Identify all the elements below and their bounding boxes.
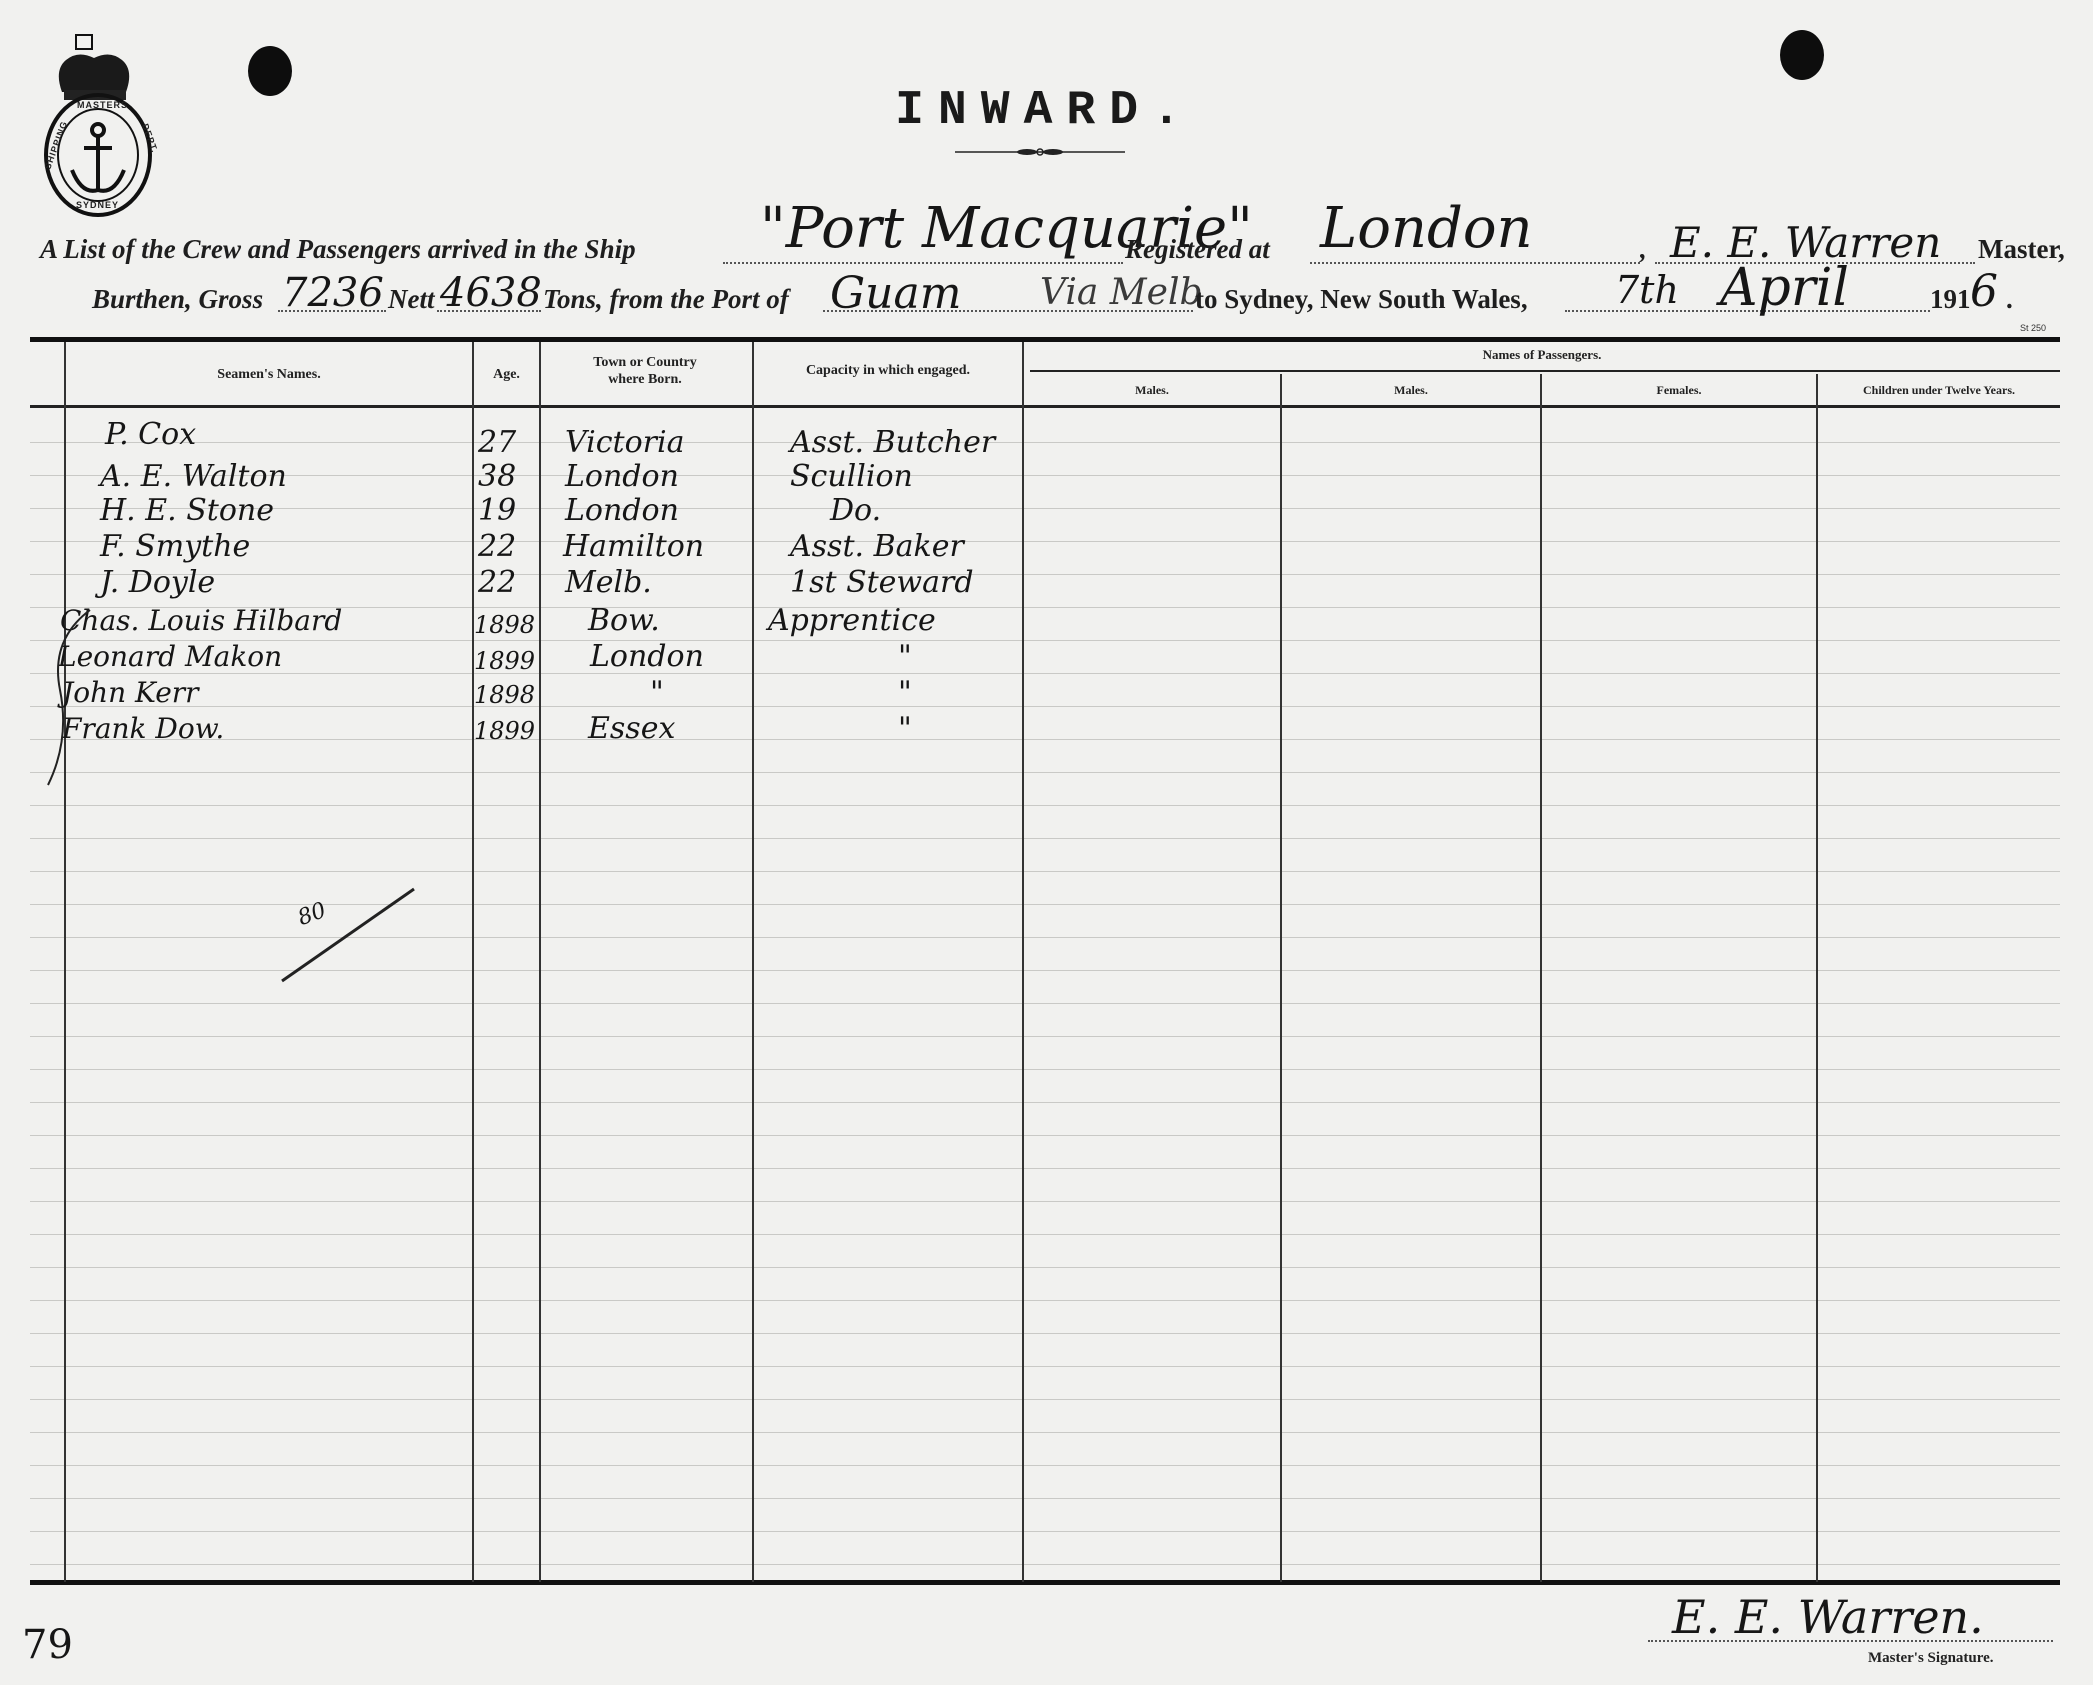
- table-top-rule: [30, 337, 2060, 342]
- column-divider-males-females: [1540, 374, 1542, 1582]
- seaman-name: J. Doyle: [100, 568, 215, 598]
- column-divider-capacity-passengers: [1022, 342, 1024, 1582]
- gross-tons-value: 7236: [282, 270, 384, 316]
- page-number: 79: [22, 1622, 73, 1668]
- seaman-capacity: Apprentice: [768, 606, 936, 636]
- registered-port-value: London: [1320, 196, 1533, 261]
- column-divider-names-age: [472, 342, 474, 1582]
- passenger-subheader-rule: [1030, 370, 2060, 372]
- seaman-name: Chas. Louis Hilbard: [60, 606, 342, 636]
- arrival-month-value: April: [1720, 258, 1849, 318]
- punch-hole-left: [248, 46, 292, 96]
- arrival-day-value: 7th: [1615, 268, 1679, 312]
- nett-label: Nett: [388, 284, 435, 315]
- column-header-children: Children under Twelve Years.: [1818, 382, 2060, 399]
- column-header-males-2: Males.: [1282, 382, 1540, 399]
- seaman-name: P. Cox: [105, 420, 196, 450]
- seaman-capacity: Asst. Baker: [790, 532, 964, 562]
- column-divider-females-children: [1816, 374, 1818, 1582]
- seaman-birthplace: Essex: [588, 714, 675, 744]
- seaman-birthplace: London: [565, 496, 679, 526]
- apprentice-bracket-flourish: [40, 600, 100, 790]
- svg-text:SYDNEY: SYDNEY: [76, 200, 119, 210]
- seaman-birthplace: Hamilton: [563, 532, 704, 562]
- seaman-birth-year: 1899: [474, 716, 535, 746]
- year-suffix-value: 6: [1970, 266, 1998, 317]
- seaman-age: 22: [478, 532, 516, 562]
- seaman-birthplace: London: [565, 462, 679, 492]
- seaman-birth-year: 1898: [474, 680, 535, 710]
- seaman-birthplace: Victoria: [565, 428, 684, 458]
- crown-icon: [59, 35, 129, 100]
- column-header-town-born: Town or Country where Born.: [585, 354, 705, 388]
- svg-text:MASTERS: MASTERS: [77, 100, 128, 110]
- date-period: .: [2006, 284, 2013, 315]
- seaman-birthplace: ": [650, 678, 664, 708]
- registered-port-field-line: [1310, 262, 1640, 264]
- tons-from-port-label: Tons, from the Port of: [543, 284, 789, 315]
- column-divider-age-town: [539, 342, 541, 1582]
- seaman-capacity: ": [898, 678, 912, 708]
- seaman-capacity: 1st Steward: [790, 568, 974, 598]
- seaman-birthplace: London: [590, 642, 704, 672]
- seaman-name: F. Smythe: [100, 532, 250, 562]
- header-bottom-rule: [30, 405, 2060, 408]
- to-sydney-label: to Sydney, New South Wales,: [1195, 284, 1528, 315]
- comma-separator: ,: [1640, 234, 1647, 265]
- column-header-males-1: Males.: [1024, 382, 1280, 399]
- column-divider-town-capacity: [752, 342, 754, 1582]
- column-header-names-of-passengers: Names of Passengers.: [1024, 346, 2060, 363]
- shipping-masters-seal-icon: SHIPPING MASTERS DEPT. SYDNEY: [32, 30, 162, 220]
- punch-hole-right: [1780, 30, 1824, 80]
- anchor-icon: [72, 124, 124, 191]
- seaman-capacity: Asst. Butcher: [790, 428, 995, 458]
- burthen-gross-label: Burthen, Gross: [92, 284, 263, 315]
- seaman-age: 38: [478, 462, 516, 492]
- seaman-name: H. E. Stone: [100, 496, 274, 526]
- list-description-label: A List of the Crew and Passengers arrive…: [40, 234, 636, 265]
- seaman-birthplace: Bow.: [588, 606, 660, 636]
- tally-slash: [278, 885, 418, 985]
- table-bottom-rule: [30, 1580, 2060, 1585]
- seaman-age: 27: [478, 428, 516, 458]
- svg-text:DEPT.: DEPT.: [140, 122, 160, 154]
- seaman-capacity: Do.: [830, 496, 881, 526]
- column-header-age: Age.: [474, 366, 539, 383]
- column-divider-left: [64, 342, 66, 1582]
- via-port-value: Via Melb: [1040, 272, 1203, 313]
- page-title: INWARD.: [835, 84, 1255, 138]
- title-flourish-divider: [955, 146, 1125, 158]
- master-signature: E. E. Warren.: [1672, 1590, 1984, 1644]
- seaman-birth-year: 1899: [474, 646, 535, 676]
- ship-name-field-line: [723, 262, 1123, 264]
- year-prefix: 191: [1930, 284, 1971, 315]
- seaman-capacity: Scullion: [790, 462, 913, 492]
- column-header-seamens-names: Seamen's Names.: [66, 366, 472, 383]
- master-label: Master,: [1978, 234, 2065, 265]
- seaman-age: 19: [478, 496, 516, 526]
- seaman-capacity: ": [898, 714, 912, 744]
- seaman-capacity: ": [898, 642, 912, 672]
- registered-at-label: Registered at: [1125, 234, 1270, 265]
- column-header-capacity: Capacity in which engaged.: [754, 362, 1022, 379]
- column-divider-males-males: [1280, 374, 1282, 1582]
- seaman-birthplace: Melb.: [565, 568, 652, 598]
- nett-tons-value: 4638: [440, 270, 542, 316]
- seaman-name: A. E. Walton: [100, 462, 287, 492]
- seaman-birth-year: 1898: [474, 610, 535, 640]
- column-header-females: Females.: [1542, 382, 1816, 399]
- form-code: St 250: [2020, 323, 2046, 333]
- signature-label: Master's Signature.: [1868, 1650, 1994, 1667]
- from-port-value: Guam: [830, 268, 961, 319]
- seaman-age: 22: [478, 568, 516, 598]
